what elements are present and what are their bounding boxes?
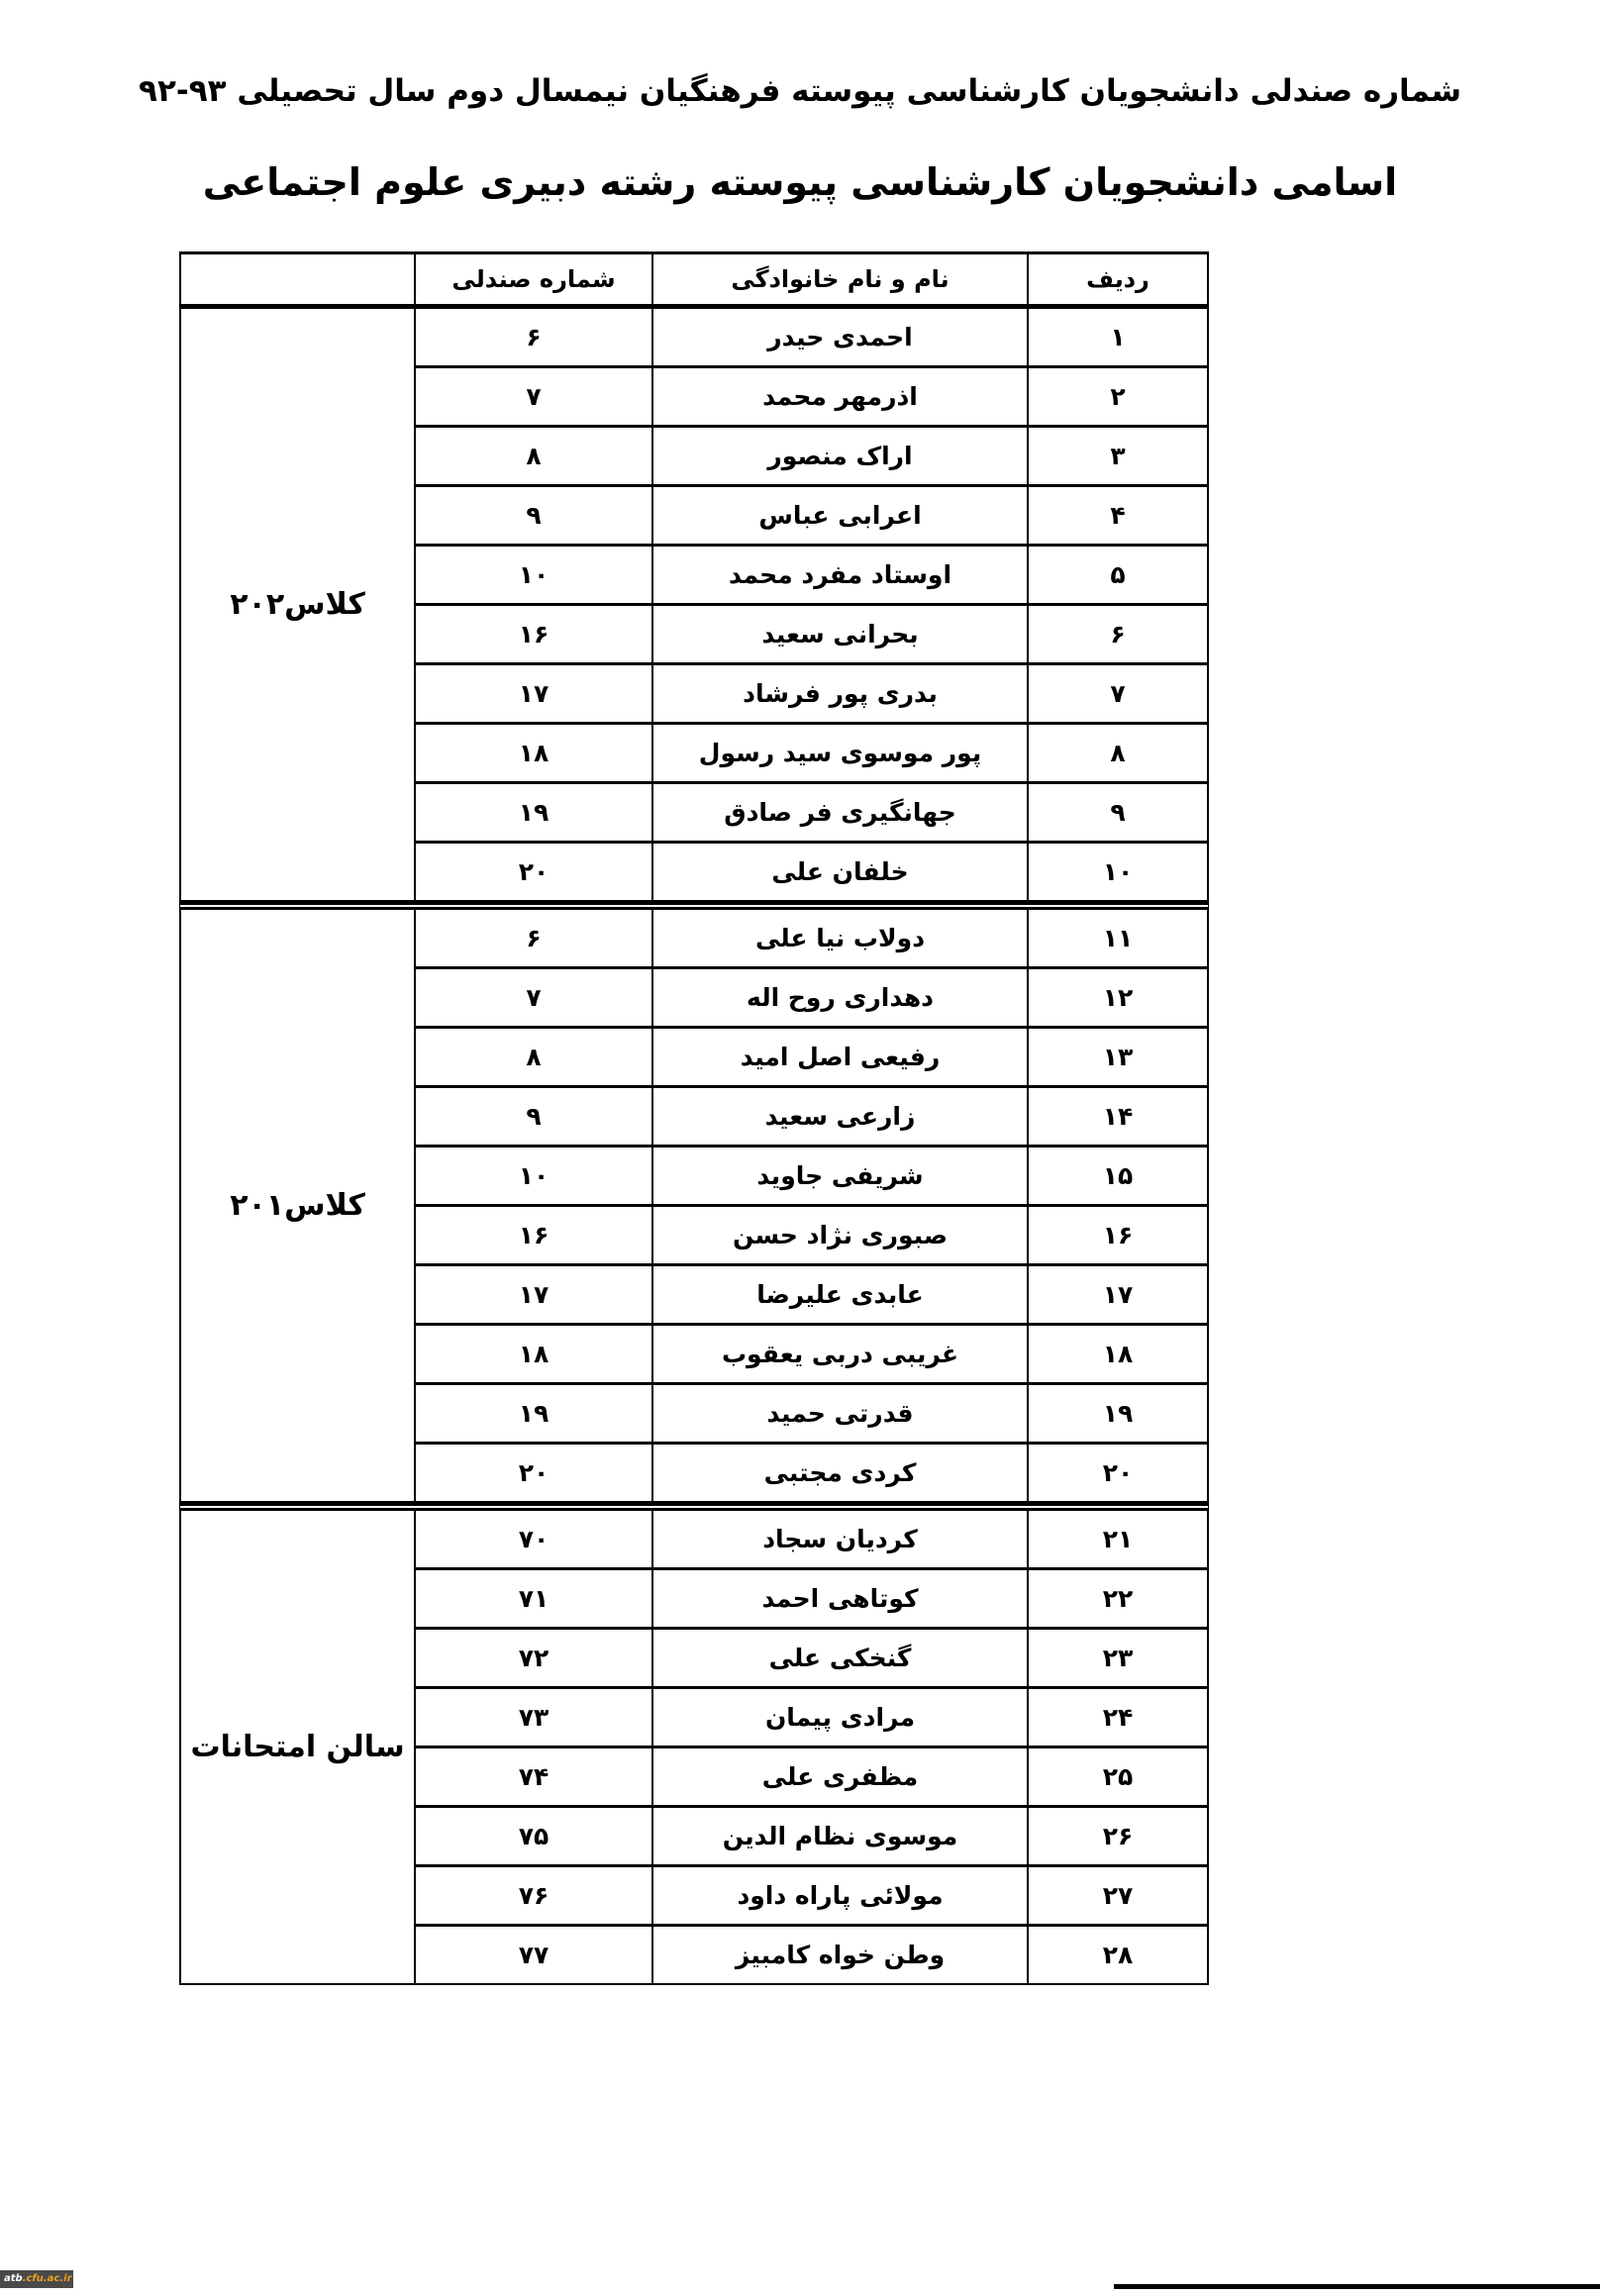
row-number: ۲۱ xyxy=(1029,1511,1207,1567)
row-number: ۲۵ xyxy=(1029,1748,1207,1805)
table-row: ۷۶مولائی پاراه داود۲۷ xyxy=(416,1867,1207,1927)
seat-number: ۸ xyxy=(416,428,653,484)
row-number: ۲۸ xyxy=(1029,1927,1207,1983)
watermark-domain: .cfu.ac.ir xyxy=(23,2273,72,2284)
student-name: اعرابی عباس xyxy=(653,487,1029,544)
row-number: ۱۲ xyxy=(1029,969,1207,1026)
student-name: قدرتی حمید xyxy=(653,1385,1029,1442)
row-number: ۴ xyxy=(1029,487,1207,544)
student-name: اراک منصور xyxy=(653,428,1029,484)
student-name: اذرمهر محمد xyxy=(653,368,1029,425)
seat-number: ۲۰ xyxy=(416,1445,653,1501)
site-watermark: atb.cfu.ac.ir xyxy=(0,2270,73,2288)
student-name: بحرانی سعید xyxy=(653,606,1029,662)
seat-number: ۷۳ xyxy=(416,1689,653,1746)
student-name: مرادی پیمان xyxy=(653,1689,1029,1746)
table-row: ۸رفیعی اصل امید۱۳ xyxy=(416,1029,1207,1088)
seat-number: ۱۶ xyxy=(416,1207,653,1263)
table-row: ۱۰اوستاد مفرد محمد۵ xyxy=(416,547,1207,606)
student-name: کردیان سجاد xyxy=(653,1511,1029,1567)
table-row: ۷۵موسوی نظام الدین۲۶ xyxy=(416,1808,1207,1867)
table-row: ۱۷عابدی علیرضا۱۷ xyxy=(416,1266,1207,1326)
seat-number: ۷ xyxy=(416,969,653,1026)
seat-number: ۷۲ xyxy=(416,1630,653,1686)
student-name: رفیعی اصل امید xyxy=(653,1029,1029,1085)
table-row: ۷۷وطن خواه کامبیز۲۸ xyxy=(416,1927,1207,1983)
student-name: دولاب نیا علی xyxy=(653,910,1029,966)
row-number: ۲۴ xyxy=(1029,1689,1207,1746)
student-name: اوستاد مفرد محمد xyxy=(653,547,1029,603)
header-seat-number: شماره صندلی xyxy=(416,254,653,304)
row-number: ۱۹ xyxy=(1029,1385,1207,1442)
table-row: ۷۱کوتاهی احمد۲۲ xyxy=(416,1570,1207,1630)
table-row: ۱۸پور موسوی سید رسول۸ xyxy=(416,725,1207,784)
group-label: کلاس۲۰۲ xyxy=(181,309,416,900)
row-number: ۱۵ xyxy=(1029,1148,1207,1204)
student-name: پور موسوی سید رسول xyxy=(653,725,1029,781)
row-number: ۲۶ xyxy=(1029,1808,1207,1864)
row-number: ۲۳ xyxy=(1029,1630,1207,1686)
row-number: ۱۶ xyxy=(1029,1207,1207,1263)
row-number: ۲ xyxy=(1029,368,1207,425)
table-row: ۲۰خلفان علی۱۰ xyxy=(416,844,1207,900)
table-row: ۱۰شریفی جاوید۱۵ xyxy=(416,1148,1207,1207)
row-number: ۱۱ xyxy=(1029,910,1207,966)
group-class-202: کلاس۲۰۲ ۶احمدی حیدر۱ ۷اذرمهر محمد۲ ۸اراک… xyxy=(179,306,1209,902)
seat-number: ۷۷ xyxy=(416,1927,653,1983)
header-row-number: ردیف xyxy=(1029,254,1207,304)
row-number: ۹ xyxy=(1029,784,1207,841)
student-name: گنخکی علی xyxy=(653,1630,1029,1686)
table-row: ۷۴مظفری علی۲۵ xyxy=(416,1748,1207,1808)
table-row: ۷اذرمهر محمد۲ xyxy=(416,368,1207,428)
student-name: غریبی دربی یعقوب xyxy=(653,1326,1029,1382)
table-row: ۷۰کردیان سجاد۲۱ xyxy=(416,1511,1207,1570)
seat-number: ۱۹ xyxy=(416,784,653,841)
header-row: شماره صندلی نام و نام خانوادگی ردیف xyxy=(416,254,1207,304)
student-name: زارعی سعید xyxy=(653,1088,1029,1145)
student-name: کوتاهی احمد xyxy=(653,1570,1029,1627)
student-name: دهداری روح اله xyxy=(653,969,1029,1026)
seat-number: ۱۷ xyxy=(416,1266,653,1323)
table-row: ۱۶صبوری نژاد حسن۱۶ xyxy=(416,1207,1207,1266)
student-name: وطن خواه کامبیز xyxy=(653,1927,1029,1983)
group-label: کلاس۲۰۱ xyxy=(181,910,416,1501)
group-column-header xyxy=(181,254,416,304)
row-number: ۸ xyxy=(1029,725,1207,781)
student-name: موسوی نظام الدین xyxy=(653,1808,1029,1864)
student-name: جهانگیری فر صادق xyxy=(653,784,1029,841)
seat-number: ۷۰ xyxy=(416,1511,653,1567)
seat-number: ۷۱ xyxy=(416,1570,653,1627)
seat-number: ۶ xyxy=(416,309,653,365)
group-exam-hall: سالن امتحانات ۷۰کردیان سجاد۲۱ ۷۱کوتاهی ا… xyxy=(179,1503,1209,1985)
seat-number: ۱۹ xyxy=(416,1385,653,1442)
document-title: شماره صندلی دانشجویان کارشناسی پیوسته فر… xyxy=(0,69,1600,113)
seat-number: ۶ xyxy=(416,910,653,966)
row-number: ۷ xyxy=(1029,665,1207,722)
row-number: ۶ xyxy=(1029,606,1207,662)
row-number: ۱ xyxy=(1029,309,1207,365)
document-subtitle: اسامی دانشجویان کارشناسی پیوسته رشته دبی… xyxy=(0,156,1600,208)
table-row: ۹اعرابی عباس۴ xyxy=(416,487,1207,547)
student-name: بدری پور فرشاد xyxy=(653,665,1029,722)
table-row: ۱۶بحرانی سعید۶ xyxy=(416,606,1207,665)
row-number: ۱۴ xyxy=(1029,1088,1207,1145)
footer-divider xyxy=(1114,2284,1600,2289)
table-row: ۶دولاب نیا علی۱۱ xyxy=(416,910,1207,969)
row-number: ۳ xyxy=(1029,428,1207,484)
table-row: ۱۸غریبی دربی یعقوب۱۸ xyxy=(416,1326,1207,1385)
seat-number: ۱۰ xyxy=(416,1148,653,1204)
table-row: ۸اراک منصور۳ xyxy=(416,428,1207,487)
table-row: ۱۹قدرتی حمید۱۹ xyxy=(416,1385,1207,1445)
table-row: ۷۲گنخکی علی۲۳ xyxy=(416,1630,1207,1689)
seat-number: ۱۸ xyxy=(416,725,653,781)
seating-table: شماره صندلی نام و نام خانوادگی ردیف کلاس… xyxy=(179,251,1209,1985)
student-name: صبوری نژاد حسن xyxy=(653,1207,1029,1263)
group-label: سالن امتحانات xyxy=(181,1511,416,1983)
header-full-name: نام و نام خانوادگی xyxy=(653,254,1029,304)
seat-number: ۹ xyxy=(416,487,653,544)
student-name: شریفی جاوید xyxy=(653,1148,1029,1204)
seat-number: ۱۷ xyxy=(416,665,653,722)
table-row: ۱۹جهانگیری فر صادق۹ xyxy=(416,784,1207,844)
student-name: خلفان علی xyxy=(653,844,1029,900)
seat-number: ۱۸ xyxy=(416,1326,653,1382)
table-row: ۲۰کردی مجتبی۲۰ xyxy=(416,1445,1207,1501)
seat-number: ۷۴ xyxy=(416,1748,653,1805)
student-name: مظفری علی xyxy=(653,1748,1029,1805)
row-number: ۵ xyxy=(1029,547,1207,603)
seat-number: ۱۶ xyxy=(416,606,653,662)
student-name: مولائی پاراه داود xyxy=(653,1867,1029,1924)
row-number: ۱۰ xyxy=(1029,844,1207,900)
table-row: ۹زارعی سعید۱۴ xyxy=(416,1088,1207,1148)
table-row: ۷دهداری روح اله۱۲ xyxy=(416,969,1207,1029)
row-number: ۲۰ xyxy=(1029,1445,1207,1501)
table-row: ۷۳مرادی پیمان۲۴ xyxy=(416,1689,1207,1748)
seat-number: ۷۵ xyxy=(416,1808,653,1864)
row-number: ۲۲ xyxy=(1029,1570,1207,1627)
row-number: ۱۳ xyxy=(1029,1029,1207,1085)
seat-number: ۸ xyxy=(416,1029,653,1085)
row-number: ۱۷ xyxy=(1029,1266,1207,1323)
seat-number: ۲۰ xyxy=(416,844,653,900)
seat-number: ۷ xyxy=(416,368,653,425)
seat-number: ۹ xyxy=(416,1088,653,1145)
student-name: احمدی حیدر xyxy=(653,309,1029,365)
row-number: ۱۸ xyxy=(1029,1326,1207,1382)
row-number: ۲۷ xyxy=(1029,1867,1207,1924)
watermark-prefix: atb xyxy=(4,2273,23,2284)
student-name: عابدی علیرضا xyxy=(653,1266,1029,1323)
seat-number: ۷۶ xyxy=(416,1867,653,1924)
group-class-201: کلاس۲۰۱ ۶دولاب نیا علی۱۱ ۷دهداری روح اله… xyxy=(179,902,1209,1503)
table-header: شماره صندلی نام و نام خانوادگی ردیف xyxy=(179,251,1209,306)
table-row: ۱۷بدری پور فرشاد۷ xyxy=(416,665,1207,725)
table-row: ۶احمدی حیدر۱ xyxy=(416,309,1207,368)
student-name: کردی مجتبی xyxy=(653,1445,1029,1501)
seat-number: ۱۰ xyxy=(416,547,653,603)
